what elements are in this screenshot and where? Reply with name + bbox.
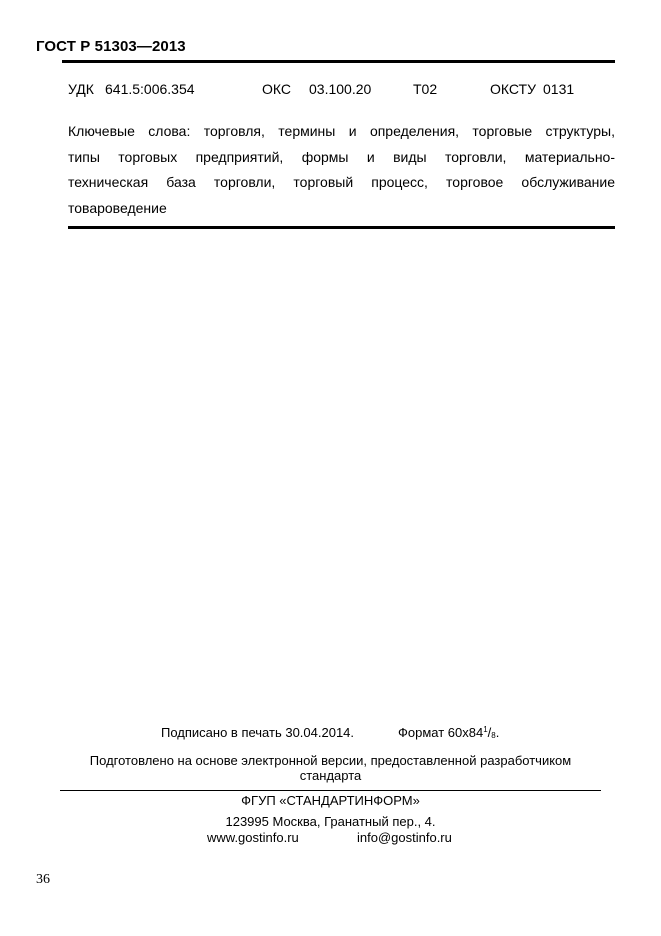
format-end: . [496, 725, 500, 740]
okstu-value: 0131 [543, 81, 574, 97]
format-label: Формат 60x84 [398, 725, 483, 740]
udk-label: УДК [68, 81, 94, 97]
keywords-line: техническая база торговли, торговый проц… [68, 170, 615, 196]
keywords-line: Ключевые слова: торговля, термины и опре… [68, 119, 615, 145]
keywords-line: товароведение [68, 196, 615, 222]
standard-header: ГОСТ Р 51303—2013 [36, 38, 186, 55]
oks-label: ОКС [262, 81, 291, 97]
publisher-name: ФГУП «СТАНДАРТИНФОРМ» [60, 793, 601, 808]
email-link[interactable]: info@gostinfo.ru [357, 830, 452, 845]
oks-value: 03.100.20 [309, 81, 371, 97]
group-code: Т02 [413, 81, 437, 97]
prepared-note: Подготовлено на основе электронной верси… [60, 753, 601, 783]
publisher-address: 123995 Москва, Гранатный пер., 4. [60, 814, 601, 829]
format-numerator: 1 [483, 725, 487, 734]
keywords-rule [68, 226, 615, 229]
imprint-rule [60, 790, 601, 791]
signed-to-print: Подписано в печать 30.04.2014. [161, 725, 354, 740]
okstu-label: ОКСТУ [490, 81, 536, 97]
keywords-line: типы торговых предприятий, формы и виды … [68, 145, 615, 171]
page-number: 36 [36, 872, 50, 888]
header-rule [62, 60, 615, 63]
udk-value: 641.5:006.354 [105, 81, 195, 97]
paper-format: Формат 60x841/8. [398, 725, 499, 740]
website-link[interactable]: www.gostinfo.ru [207, 830, 299, 845]
keywords-paragraph: Ключевые слова: торговля, термины и опре… [68, 119, 615, 221]
